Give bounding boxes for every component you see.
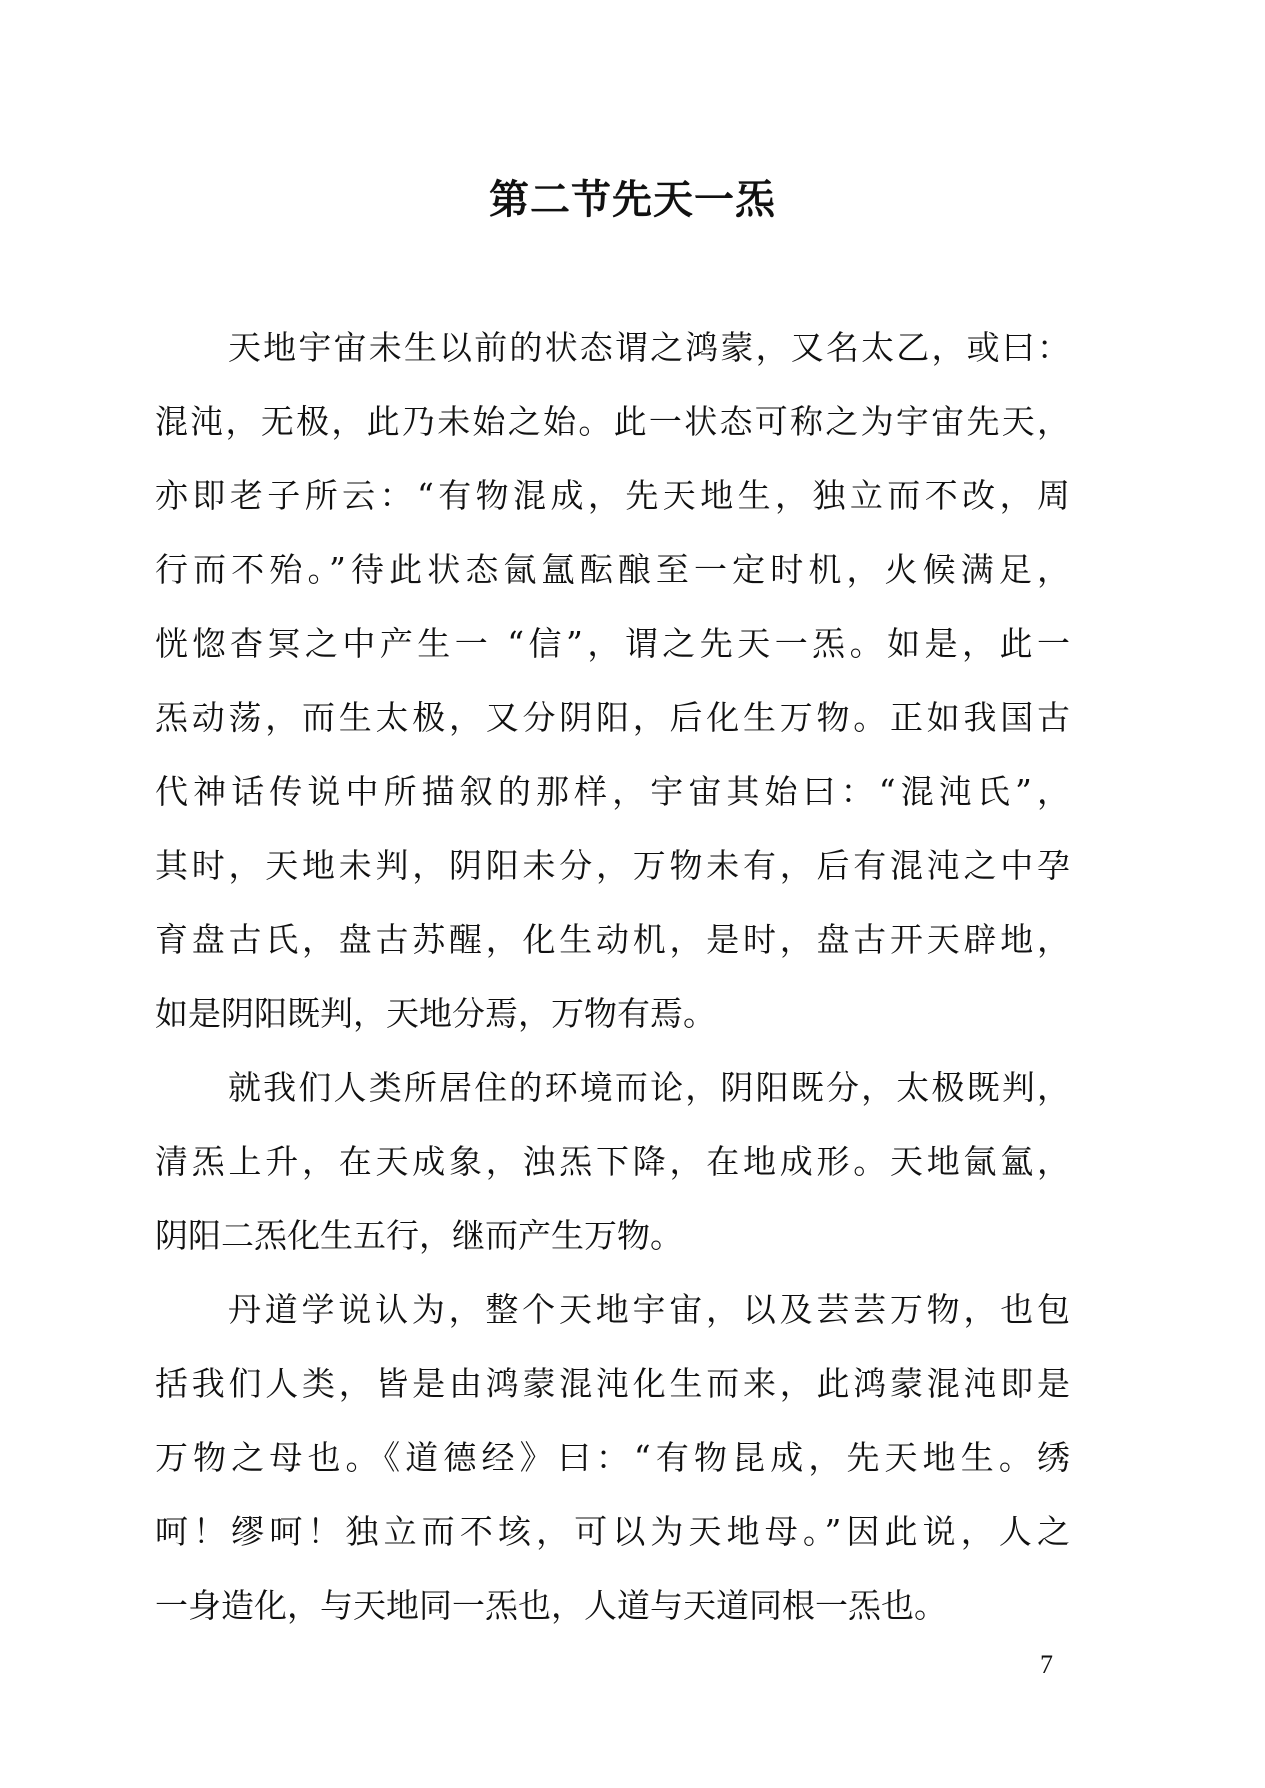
paragraph-3-line: 括我们人类，皆是由鸿蒙混沌化生而来，此鸿蒙混沌即是 xyxy=(155,1358,1070,1432)
paragraph-1-line: 行而不殆。”待此状态氤氲酝酿至一定时机，火候满足， xyxy=(155,544,1070,618)
paragraph-3-line: 万物之母也。《道德经》曰：“有物昆成，先天地生。绣 xyxy=(155,1432,1070,1506)
section-title: 第二节先天一炁 xyxy=(0,168,1265,225)
paragraph-1-line: 亦即老子所云：“有物混成，先天地生，独立而不改，周 xyxy=(155,470,1070,544)
paragraph-2-line: 阴阳二炁化生五行，继而产生万物。 xyxy=(155,1210,1070,1284)
paragraph-1-line: 育盘古氏，盘古苏醒，化生动机，是时，盘古开天辟地， xyxy=(155,914,1070,988)
paragraph-3-line: 一身造化，与天地同一炁也，人道与天道同根一炁也。 xyxy=(155,1580,1070,1654)
paragraph-3-line: 丹道学说认为，整个天地宇宙，以及芸芸万物，也包 xyxy=(155,1284,1070,1358)
paragraph-1-line: 炁动荡，而生太极，又分阴阳，后化生万物。正如我国古 xyxy=(155,692,1070,766)
paragraph-3-line: 呵！缪呵！独立而不垓，可以为天地母。”因此说，人之 xyxy=(155,1506,1070,1580)
page-number: 7 xyxy=(1040,1650,1053,1680)
paragraph-1-line: 混沌，无极，此乃未始之始。此一状态可称之为宇宙先天， xyxy=(155,396,1070,470)
paragraph-1-line: 其时，天地未判，阴阳未分，万物未有，后有混沌之中孕 xyxy=(155,840,1070,914)
paragraph-1-line: 天地宇宙未生以前的状态谓之鸿蒙，又名太乙，或曰： xyxy=(155,322,1070,396)
paragraph-2-line: 就我们人类所居住的环境而论，阴阳既分，太极既判， xyxy=(155,1062,1070,1136)
paragraph-1-line: 恍惚杳冥之中产生一 “信”，谓之先天一炁。如是，此一 xyxy=(155,618,1070,692)
body-text: 天地宇宙未生以前的状态谓之鸿蒙，又名太乙，或曰： 混沌，无极，此乃未始之始。此一… xyxy=(155,322,1070,1654)
paragraph-1-line: 代神话传说中所描叙的那样，宇宙其始曰：“混沌氏”， xyxy=(155,766,1070,840)
paragraph-2-line: 清炁上升，在天成象，浊炁下降，在地成形。天地氤氳， xyxy=(155,1136,1070,1210)
paragraph-1-line: 如是阴阳既判，天地分焉，万物有焉。 xyxy=(155,988,1070,1062)
